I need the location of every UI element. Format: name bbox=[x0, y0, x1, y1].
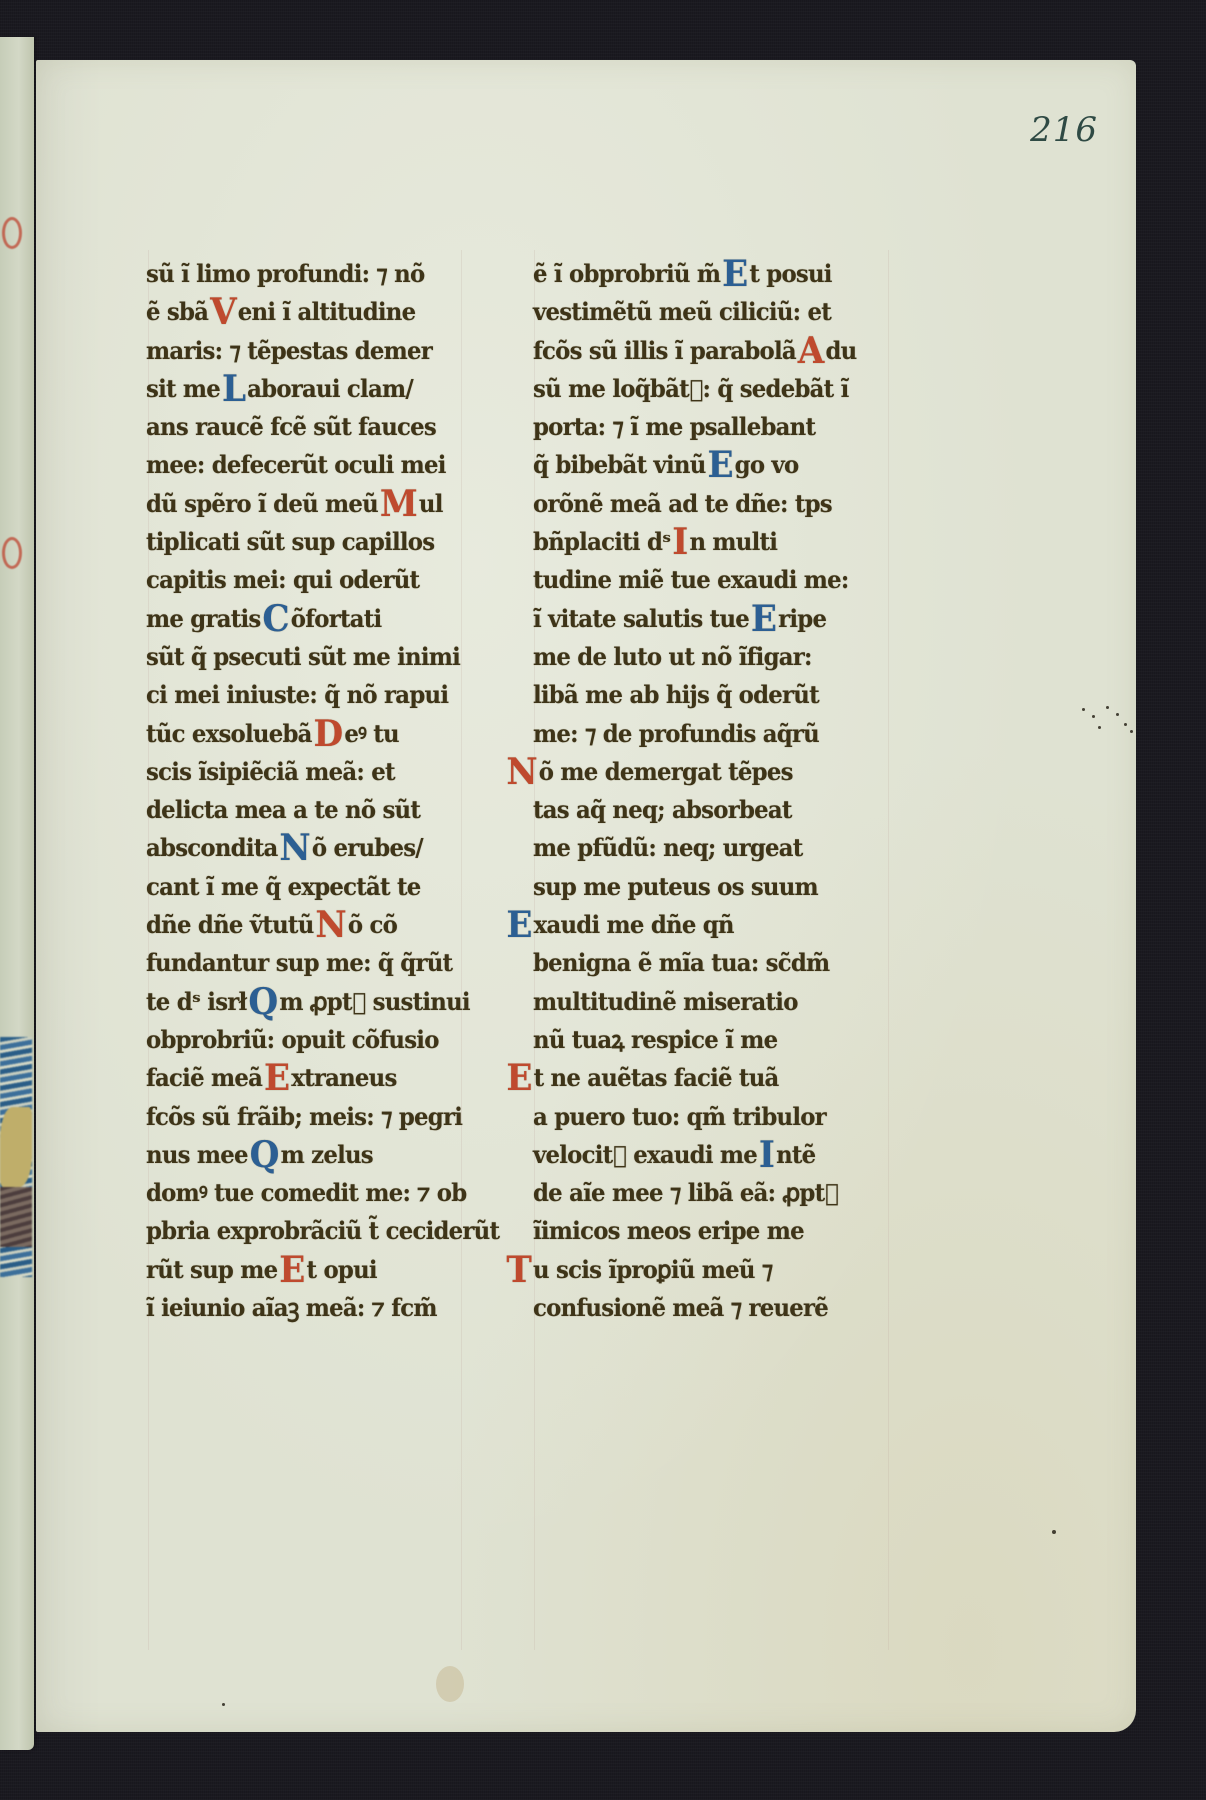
text-line: mee: defecerũt oculi mei bbox=[146, 446, 499, 484]
line-text: õfortati bbox=[291, 604, 382, 633]
blue-initial: L bbox=[222, 374, 245, 404]
blue-initial: E bbox=[506, 910, 531, 940]
red-initial: A bbox=[798, 336, 824, 366]
text-line: velocit᷑ exaudi meIntẽ bbox=[533, 1136, 886, 1174]
ink-speck bbox=[1116, 713, 1119, 716]
text-line: capitis mei: qui oderũt bbox=[146, 561, 499, 599]
text-line: ẽ ĩ obprobriũ m̃Et posui bbox=[533, 255, 886, 293]
ink-speck bbox=[1092, 715, 1095, 718]
line-text: eꝰ tu bbox=[344, 719, 398, 748]
text-line: tas aq̃ neq; absorbeat bbox=[533, 791, 886, 829]
text-line: obprobriũ: opuit cõfusio bbox=[146, 1021, 499, 1059]
line-text: õ erubes/ bbox=[312, 833, 423, 862]
line-text: te dˢ isrł bbox=[146, 987, 247, 1016]
text-line: tiplicati sũt sup capillos bbox=[146, 523, 499, 561]
ink-speck bbox=[1052, 1530, 1056, 1534]
ink-speck bbox=[1082, 708, 1085, 711]
line-text: du bbox=[825, 336, 856, 365]
text-line: delicta mea a te nõ sũt bbox=[146, 791, 499, 829]
line-text: ans raucẽ fcẽ sũt fauces bbox=[146, 412, 436, 441]
line-text: mee: defecerũt oculi mei bbox=[146, 450, 446, 479]
line-text: nũ tuaꝝ respice ĩ me bbox=[533, 1025, 777, 1054]
line-text: porta: ⁊ ĩ me psallebant bbox=[533, 412, 815, 441]
line-text: fcõs sũ frãib; meis: ⁊ pegri bbox=[146, 1102, 462, 1131]
text-line: me: ⁊ de profundis aq̃rũ bbox=[533, 715, 886, 753]
line-text: abscondita bbox=[146, 833, 278, 862]
text-line: ẽ sbãVeni ĩ altitudine bbox=[146, 293, 499, 331]
line-text: m ꝓpt᷑ sustinui bbox=[279, 987, 469, 1016]
blue-initial: E bbox=[722, 259, 747, 289]
line-text: n multi bbox=[689, 527, 777, 556]
text-line: pbria exprobrãciũ t̃ ceciderũt bbox=[146, 1212, 499, 1250]
line-text: me pfũdũ: neq; urgeat bbox=[533, 833, 803, 862]
line-text: ci mei iniuste: q̃ nõ rapui bbox=[146, 680, 448, 709]
blue-initial: E bbox=[751, 604, 776, 634]
line-text: sup me puteus os suum bbox=[533, 872, 818, 901]
text-line: dñe dñe ṽtutũNõ cõ bbox=[146, 906, 499, 944]
text-line: me de luto ut nõ ĩfigar: bbox=[533, 638, 886, 676]
ink-speck bbox=[1106, 706, 1109, 709]
line-text: faciẽ meã bbox=[146, 1063, 262, 1092]
line-text: pbria exprobrãciũ t̃ ceciderũt bbox=[146, 1216, 499, 1245]
line-text: benigna ẽ mĩa tua: sc̃dm̃ bbox=[533, 948, 829, 977]
line-text: domꝰ tue comedit me: ⁊ ob bbox=[146, 1178, 466, 1207]
line-text: nus mee bbox=[146, 1140, 248, 1169]
line-text: confusionẽ meã ⁊ reuerẽ bbox=[533, 1293, 828, 1322]
line-text: sũt q̃ psecuti sũt me inimi bbox=[146, 642, 460, 671]
text-line: ĩ vitate salutis tueEripe bbox=[533, 600, 886, 638]
text-line: rũt sup meEt opui bbox=[146, 1251, 499, 1289]
ink-speck bbox=[1098, 726, 1101, 729]
red-initial: D bbox=[314, 719, 343, 749]
text-line: dũ spẽro ĩ deũ meũMul bbox=[146, 485, 499, 523]
blue-initial: Q bbox=[250, 1140, 279, 1170]
line-text: ẽ sbã bbox=[146, 297, 208, 326]
text-line: Nõ me demergat tẽpes bbox=[533, 753, 886, 791]
text-line: nus meeQm zelus bbox=[146, 1136, 499, 1174]
line-text: multitudinẽ miseratio bbox=[533, 987, 798, 1016]
text-line: me pfũdũ: neq; urgeat bbox=[533, 829, 886, 867]
line-text: me gratis bbox=[146, 604, 260, 633]
line-text: fcõs sũ illis ĩ parabolã bbox=[533, 336, 796, 365]
line-text: dũ spẽro ĩ deũ meũ bbox=[146, 489, 378, 518]
text-line: Et ne auẽtas faciẽ tuã bbox=[533, 1059, 886, 1097]
line-text: libã me ab hijs q̃ oderũt bbox=[533, 680, 819, 709]
text-line: sit meLaboraui clam/ bbox=[146, 370, 499, 408]
line-text: bñplaciti dˢ bbox=[533, 527, 670, 556]
text-line: sũ me loq̃bãt᷑: q̃ sedebãt ĩ bbox=[533, 370, 886, 408]
line-text: m zelus bbox=[281, 1140, 373, 1169]
line-text: aboraui clam/ bbox=[247, 374, 413, 403]
line-text: tas aq̃ neq; absorbeat bbox=[533, 795, 792, 824]
text-line: confusionẽ meã ⁊ reuerẽ bbox=[533, 1289, 886, 1327]
text-line: te dˢ isrłQm ꝓpt᷑ sustinui bbox=[146, 983, 499, 1021]
line-text: eni ĩ altitudine bbox=[238, 297, 416, 326]
line-text: t opui bbox=[307, 1255, 377, 1284]
text-line: domꝰ tue comedit me: ⁊ ob bbox=[146, 1174, 499, 1212]
line-text: ẽ ĩ obprobriũ m̃ bbox=[533, 259, 720, 288]
blue-initial: E bbox=[707, 450, 732, 480]
line-text: cant ĩ me q̃ expectãt te bbox=[146, 872, 421, 901]
text-column-right: ẽ ĩ obprobriũ m̃Et posuivestimẽtũ meũ ci… bbox=[533, 255, 905, 1327]
line-text: ul bbox=[419, 489, 443, 518]
text-line: scis ĩsipiẽciã meã: et bbox=[146, 753, 499, 791]
blue-initial: N bbox=[279, 833, 310, 863]
text-line: tũc exsoluebãDeꝰ tu bbox=[146, 715, 499, 753]
strip-red-initial bbox=[2, 217, 22, 249]
red-initial: V bbox=[210, 297, 236, 327]
text-line: faciẽ meãExtraneus bbox=[146, 1059, 499, 1097]
line-text: go vo bbox=[735, 450, 799, 479]
red-initial: M bbox=[380, 489, 417, 519]
line-text: maris: ⁊ tẽpestas demer bbox=[146, 336, 432, 365]
text-line: maris: ⁊ tẽpestas demer bbox=[146, 332, 499, 370]
text-line: vestimẽtũ meũ ciliciũ: et bbox=[533, 293, 886, 331]
text-line: fcõs sũ illis ĩ parabolãAdu bbox=[533, 332, 886, 370]
line-text: obprobriũ: opuit cõfusio bbox=[146, 1025, 439, 1054]
line-text: capitis mei: qui oderũt bbox=[146, 565, 419, 594]
text-line: tudine miẽ tue exaudi me: bbox=[533, 561, 886, 599]
strip-red-initial bbox=[2, 537, 22, 569]
ink-speck bbox=[1130, 730, 1133, 733]
line-text: sũ me loq̃bãt᷑: q̃ sedebãt ĩ bbox=[533, 374, 849, 403]
line-text: me de luto ut nõ ĩfigar: bbox=[533, 642, 812, 671]
line-text: delicta mea a te nõ sũt bbox=[146, 795, 420, 824]
line-text: scis ĩsipiẽciã meã: et bbox=[146, 757, 395, 786]
line-text: õ me demergat tẽpes bbox=[539, 757, 793, 786]
red-initial: E bbox=[264, 1063, 289, 1093]
text-line: orõnẽ meã ad te dñe: tps bbox=[533, 485, 886, 523]
line-text: tudine miẽ tue exaudi me: bbox=[533, 565, 849, 594]
red-initial: N bbox=[315, 910, 346, 940]
line-text: q̃ bibebãt vinũ bbox=[533, 450, 706, 479]
text-line: ci mei iniuste: q̃ nõ rapui bbox=[146, 676, 499, 714]
line-text: a puero tuo: qm̃ tribulor bbox=[533, 1102, 826, 1131]
text-line: cant ĩ me q̃ expectãt te bbox=[146, 868, 499, 906]
text-line: Exaudi me dñe qñ bbox=[533, 906, 886, 944]
line-text: t ne auẽtas faciẽ tuã bbox=[534, 1063, 779, 1092]
text-line: fundantur sup me: q̃ q̃rũt bbox=[146, 944, 499, 982]
strip-miniature bbox=[0, 1037, 32, 1277]
line-text: tiplicati sũt sup capillos bbox=[146, 527, 434, 556]
text-line: Tu scis ĩproꝑiũ meũ ⁊ bbox=[533, 1251, 886, 1289]
text-line: sup me puteus os suum bbox=[533, 868, 886, 906]
text-column-left: sũ ĩ limo profundi: ⁊ nõẽ sbãVeni ĩ alti… bbox=[146, 255, 518, 1327]
text-line: benigna ẽ mĩa tua: sc̃dm̃ bbox=[533, 944, 886, 982]
line-text: u scis ĩproꝑiũ meũ ⁊ bbox=[533, 1255, 772, 1284]
text-line: sũt q̃ psecuti sũt me inimi bbox=[146, 638, 499, 676]
folio-number: 216 bbox=[1030, 110, 1098, 150]
ink-speck bbox=[1124, 723, 1127, 726]
text-line: q̃ bibebãt vinũEgo vo bbox=[533, 446, 886, 484]
red-initial: N bbox=[506, 757, 537, 787]
text-line: de aĩe mee ⁊ libã eã: ꝓpt᷑ bbox=[533, 1174, 886, 1212]
text-line: a puero tuo: qm̃ tribulor bbox=[533, 1098, 886, 1136]
line-text: xaudi me dñe qñ bbox=[534, 910, 734, 939]
line-text: dñe dñe ṽtutũ bbox=[146, 910, 314, 939]
text-line: libã me ab hijs q̃ oderũt bbox=[533, 676, 886, 714]
text-line: ĩimicos meos eripe me bbox=[533, 1212, 886, 1250]
text-line: me gratisCõfortati bbox=[146, 600, 499, 638]
line-text: velocit᷑ exaudi me bbox=[533, 1140, 757, 1169]
text-line: porta: ⁊ ĩ me psallebant bbox=[533, 408, 886, 446]
red-initial: I bbox=[672, 527, 687, 557]
text-line: bñplaciti dˢIn multi bbox=[533, 523, 886, 561]
ink-speck bbox=[222, 1703, 225, 1706]
line-text: ĩ vitate salutis tue bbox=[533, 604, 749, 633]
line-text: õ cõ bbox=[348, 910, 397, 939]
text-line: fcõs sũ frãib; meis: ⁊ pegri bbox=[146, 1098, 499, 1136]
line-text: tũc exsoluebã bbox=[146, 719, 312, 748]
stain bbox=[436, 1666, 464, 1702]
line-text: rũt sup me bbox=[146, 1255, 277, 1284]
line-text: xtraneus bbox=[291, 1063, 396, 1092]
text-line: multitudinẽ miseratio bbox=[533, 983, 886, 1021]
line-text: ripe bbox=[778, 604, 826, 633]
blue-initial: I bbox=[759, 1140, 774, 1170]
line-text: ĩimicos meos eripe me bbox=[533, 1216, 804, 1245]
line-text: sit me bbox=[146, 374, 220, 403]
red-initial: E bbox=[506, 1063, 531, 1093]
blue-initial: Q bbox=[248, 987, 277, 1017]
text-line: ans raucẽ fcẽ sũt fauces bbox=[146, 408, 499, 446]
manuscript-page: 216 sũ ĩ limo profundi: ⁊ nõẽ sbãVeni ĩ … bbox=[36, 60, 1136, 1732]
line-text: t posui bbox=[749, 259, 831, 288]
text-line: nũ tuaꝝ respice ĩ me bbox=[533, 1021, 886, 1059]
previous-folio-edge bbox=[0, 37, 34, 1750]
line-text: sũ ĩ limo profundi: ⁊ nõ bbox=[146, 259, 424, 288]
line-text: fundantur sup me: q̃ q̃rũt bbox=[146, 948, 452, 977]
line-text: me: ⁊ de profundis aq̃rũ bbox=[533, 719, 819, 748]
red-initial: T bbox=[506, 1255, 531, 1285]
line-text: vestimẽtũ meũ ciliciũ: et bbox=[533, 297, 831, 326]
text-line: sũ ĩ limo profundi: ⁊ nõ bbox=[146, 255, 499, 293]
text-line: absconditaNõ erubes/ bbox=[146, 829, 499, 867]
line-text: ntẽ bbox=[776, 1140, 815, 1169]
line-text: orõnẽ meã ad te dñe: tps bbox=[533, 489, 832, 518]
blue-initial: C bbox=[262, 604, 288, 634]
line-text: de aĩe mee ⁊ libã eã: ꝓpt᷑ bbox=[533, 1178, 838, 1207]
red-initial: E bbox=[279, 1255, 304, 1285]
line-text: ĩ ieiunio aĩaꝫ meã: ⁊ fcm̃ bbox=[146, 1293, 437, 1322]
text-line: ĩ ieiunio aĩaꝫ meã: ⁊ fcm̃ bbox=[146, 1289, 499, 1327]
